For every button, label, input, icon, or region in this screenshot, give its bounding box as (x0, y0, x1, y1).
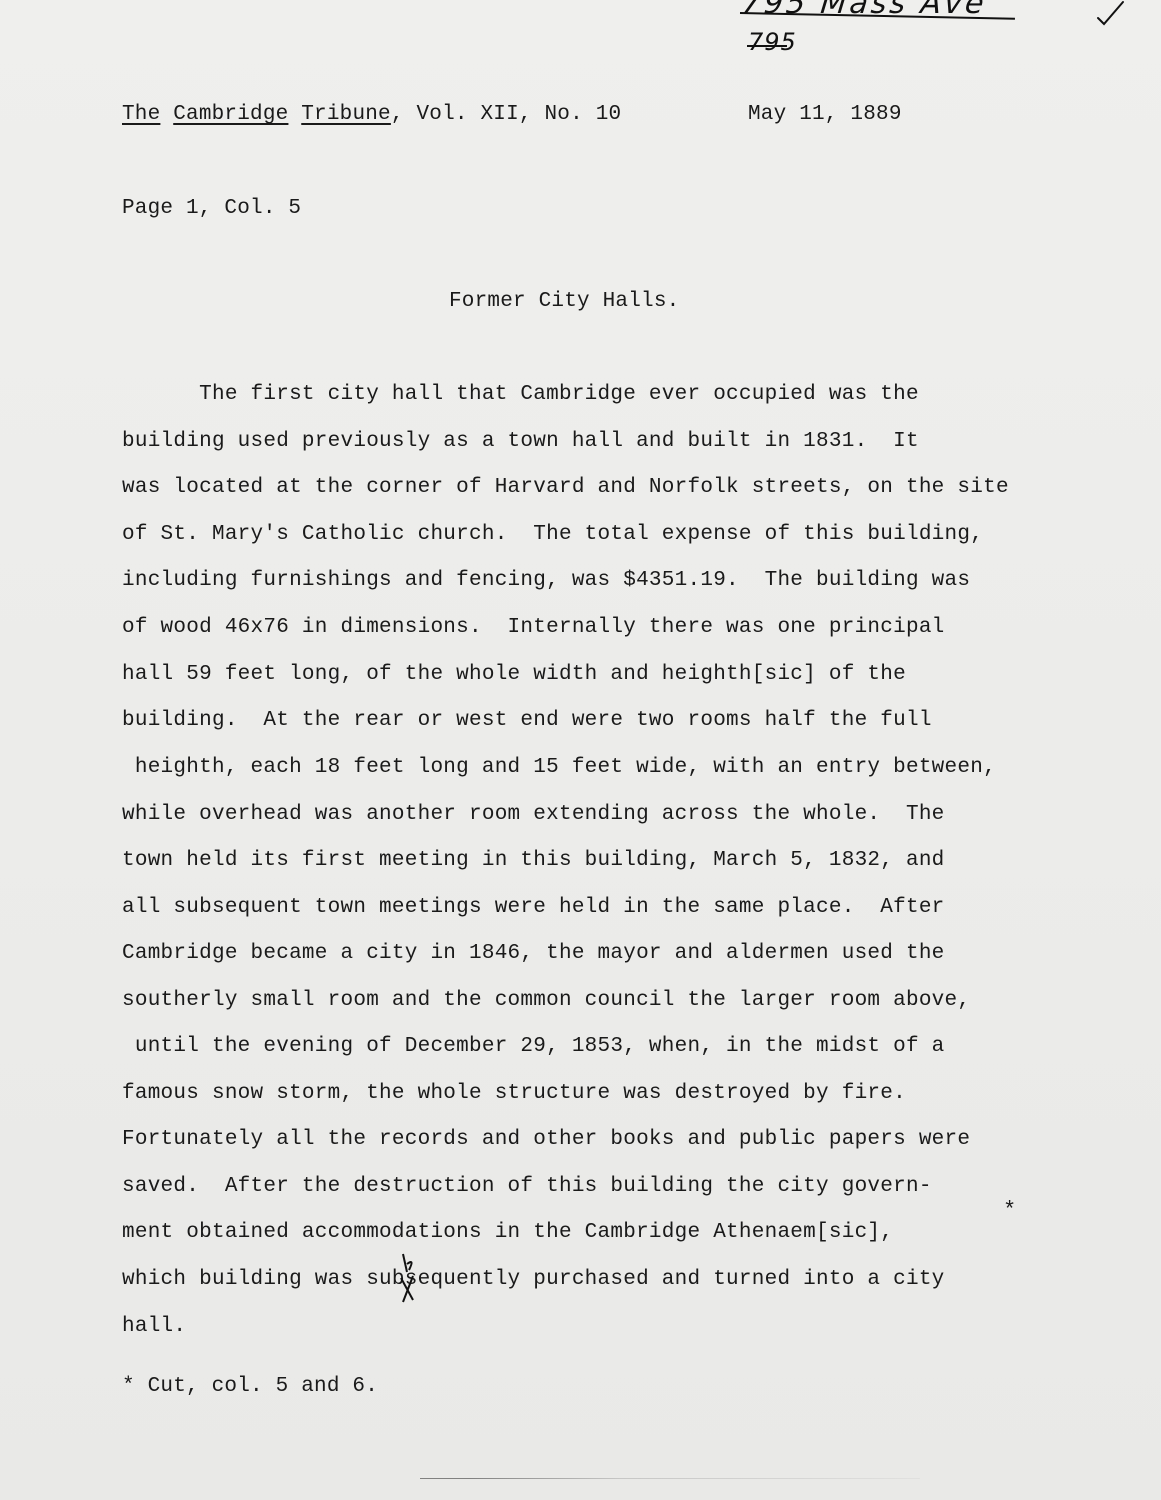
body-line: Cambridge became a city in 1846, the may… (122, 943, 945, 964)
publication-the: The (122, 103, 160, 126)
body-line: town held its first meeting in this buil… (122, 850, 945, 871)
body-line: The first city hall that Cambridge ever … (122, 384, 919, 405)
article-title: Former City Halls. (449, 291, 679, 312)
body-line: while overhead was another room extendin… (122, 804, 945, 825)
body-line: of St. Mary's Catholic church. The total… (122, 524, 983, 545)
publication-cambridge: Cambridge (173, 103, 288, 126)
body-line: ment obtained accommodations in the Camb… (122, 1222, 893, 1243)
number-strikethrough (747, 45, 787, 47)
body-line: building. At the rear or west end were t… (122, 710, 932, 731)
body-line: was located at the corner of Harvard and… (122, 477, 1009, 498)
body-line: hall 59 feet long, of the whole width an… (122, 664, 906, 685)
body-line: saved. After the destruction of this bui… (122, 1176, 932, 1197)
body-line: of wood 46x76 in dimensions. Internally … (122, 617, 945, 638)
body-line: building used previously as a town hall … (122, 431, 919, 452)
page-reference: Page 1, Col. 5 (122, 198, 301, 219)
body-line: which building was subsequently purchase… (122, 1269, 945, 1290)
publication-header: The Cambridge Tribune, Vol. XII, No. 10 (122, 104, 621, 125)
check-mark-icon (1095, 0, 1125, 26)
footnote-marker: * (1003, 1198, 1016, 1223)
body-line: heighth, each 18 feet long and 15 feet w… (122, 757, 996, 778)
publication-tribune: Tribune (301, 103, 391, 126)
body-line: southerly small room and the common coun… (122, 990, 970, 1011)
volume-issue: , Vol. XII, No. 10 (391, 103, 621, 126)
handwritten-correction-icon (395, 1250, 423, 1310)
page-edge-line (420, 1478, 920, 1479)
body-line: all subsequent town meetings were held i… (122, 897, 945, 918)
handwritten-number: 795 (748, 28, 797, 56)
publication-date: May 11, 1889 (748, 104, 902, 125)
document-page: 795 Mass Ave 795 The Cambridge Tribune, … (0, 0, 1161, 1500)
body-line: famous snow storm, the whole structure w… (122, 1083, 906, 1104)
body-line: including furnishings and fencing, was $… (122, 570, 970, 591)
body-line: Fortunately all the records and other bo… (122, 1129, 970, 1150)
body-line: hall. (122, 1316, 186, 1337)
body-line: until the evening of December 29, 1853, … (122, 1036, 945, 1057)
footnote: * Cut, col. 5 and 6. (122, 1376, 378, 1397)
